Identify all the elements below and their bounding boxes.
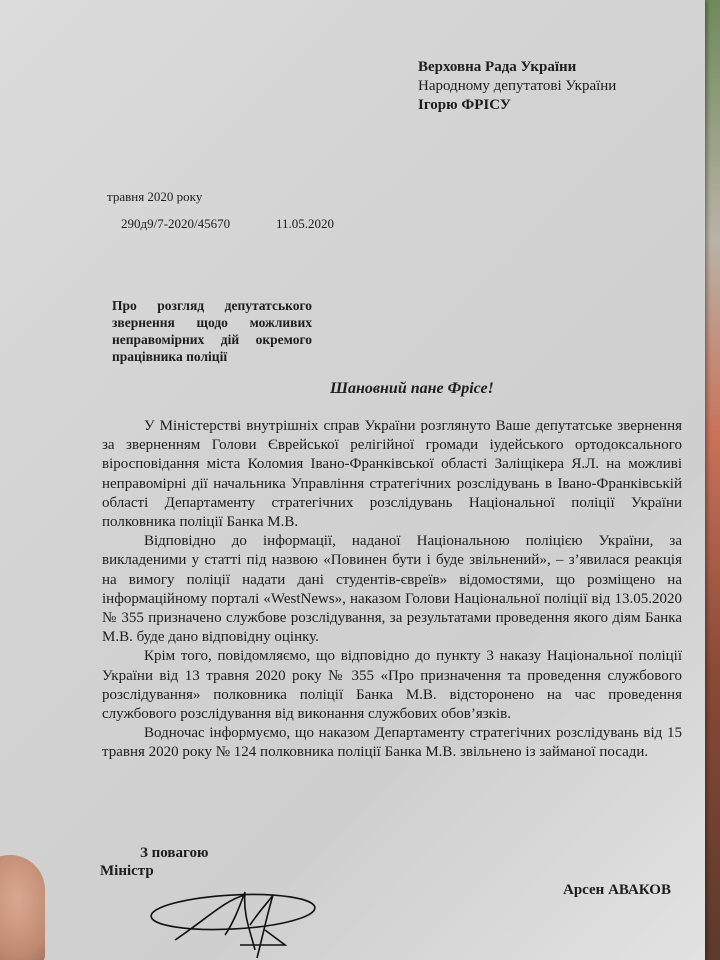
registration-date: 11.05.2020 — [276, 216, 334, 232]
letter-paper: Верховна Рада України Народному депутато… — [0, 0, 705, 960]
addressee-name: Ігорю ФРІСУ — [418, 96, 616, 115]
body-paragraph: У Міністерстві внутрішніх справ України … — [102, 417, 682, 532]
thumb-holding-paper — [0, 855, 45, 960]
body-paragraph: Крім того, повідомляємо, що відповідно д… — [102, 647, 682, 724]
addressee-organization: Верховна Рада України — [418, 58, 616, 77]
signer-name: Арсен АВАКОВ — [563, 882, 671, 899]
letter-subject: Про розгляд депутатського звернення щодо… — [112, 297, 312, 365]
registration-line: 290д9/7-2020/45670 11.05.2020 — [121, 216, 230, 232]
registration-number: 290д9/7-2020/45670 — [121, 216, 230, 231]
greeting: Шановний пане Фрісе! — [330, 380, 494, 398]
signer-position: Міністр — [100, 863, 154, 880]
body-paragraph: Водночас інформуємо, що наказом Департам… — [102, 724, 682, 762]
addressee-title: Народному депутатові України — [418, 77, 616, 96]
closing-phrase: З повагою — [140, 845, 208, 862]
letter-body: У Міністерстві внутрішніх справ України … — [102, 417, 682, 763]
letter-dateline: травня 2020 року — [107, 189, 202, 205]
addressee-block: Верховна Рада України Народному депутато… — [418, 58, 616, 115]
body-paragraph: Відповідно до інформації, наданої Націон… — [102, 532, 682, 647]
handwritten-signature-icon — [145, 890, 325, 960]
